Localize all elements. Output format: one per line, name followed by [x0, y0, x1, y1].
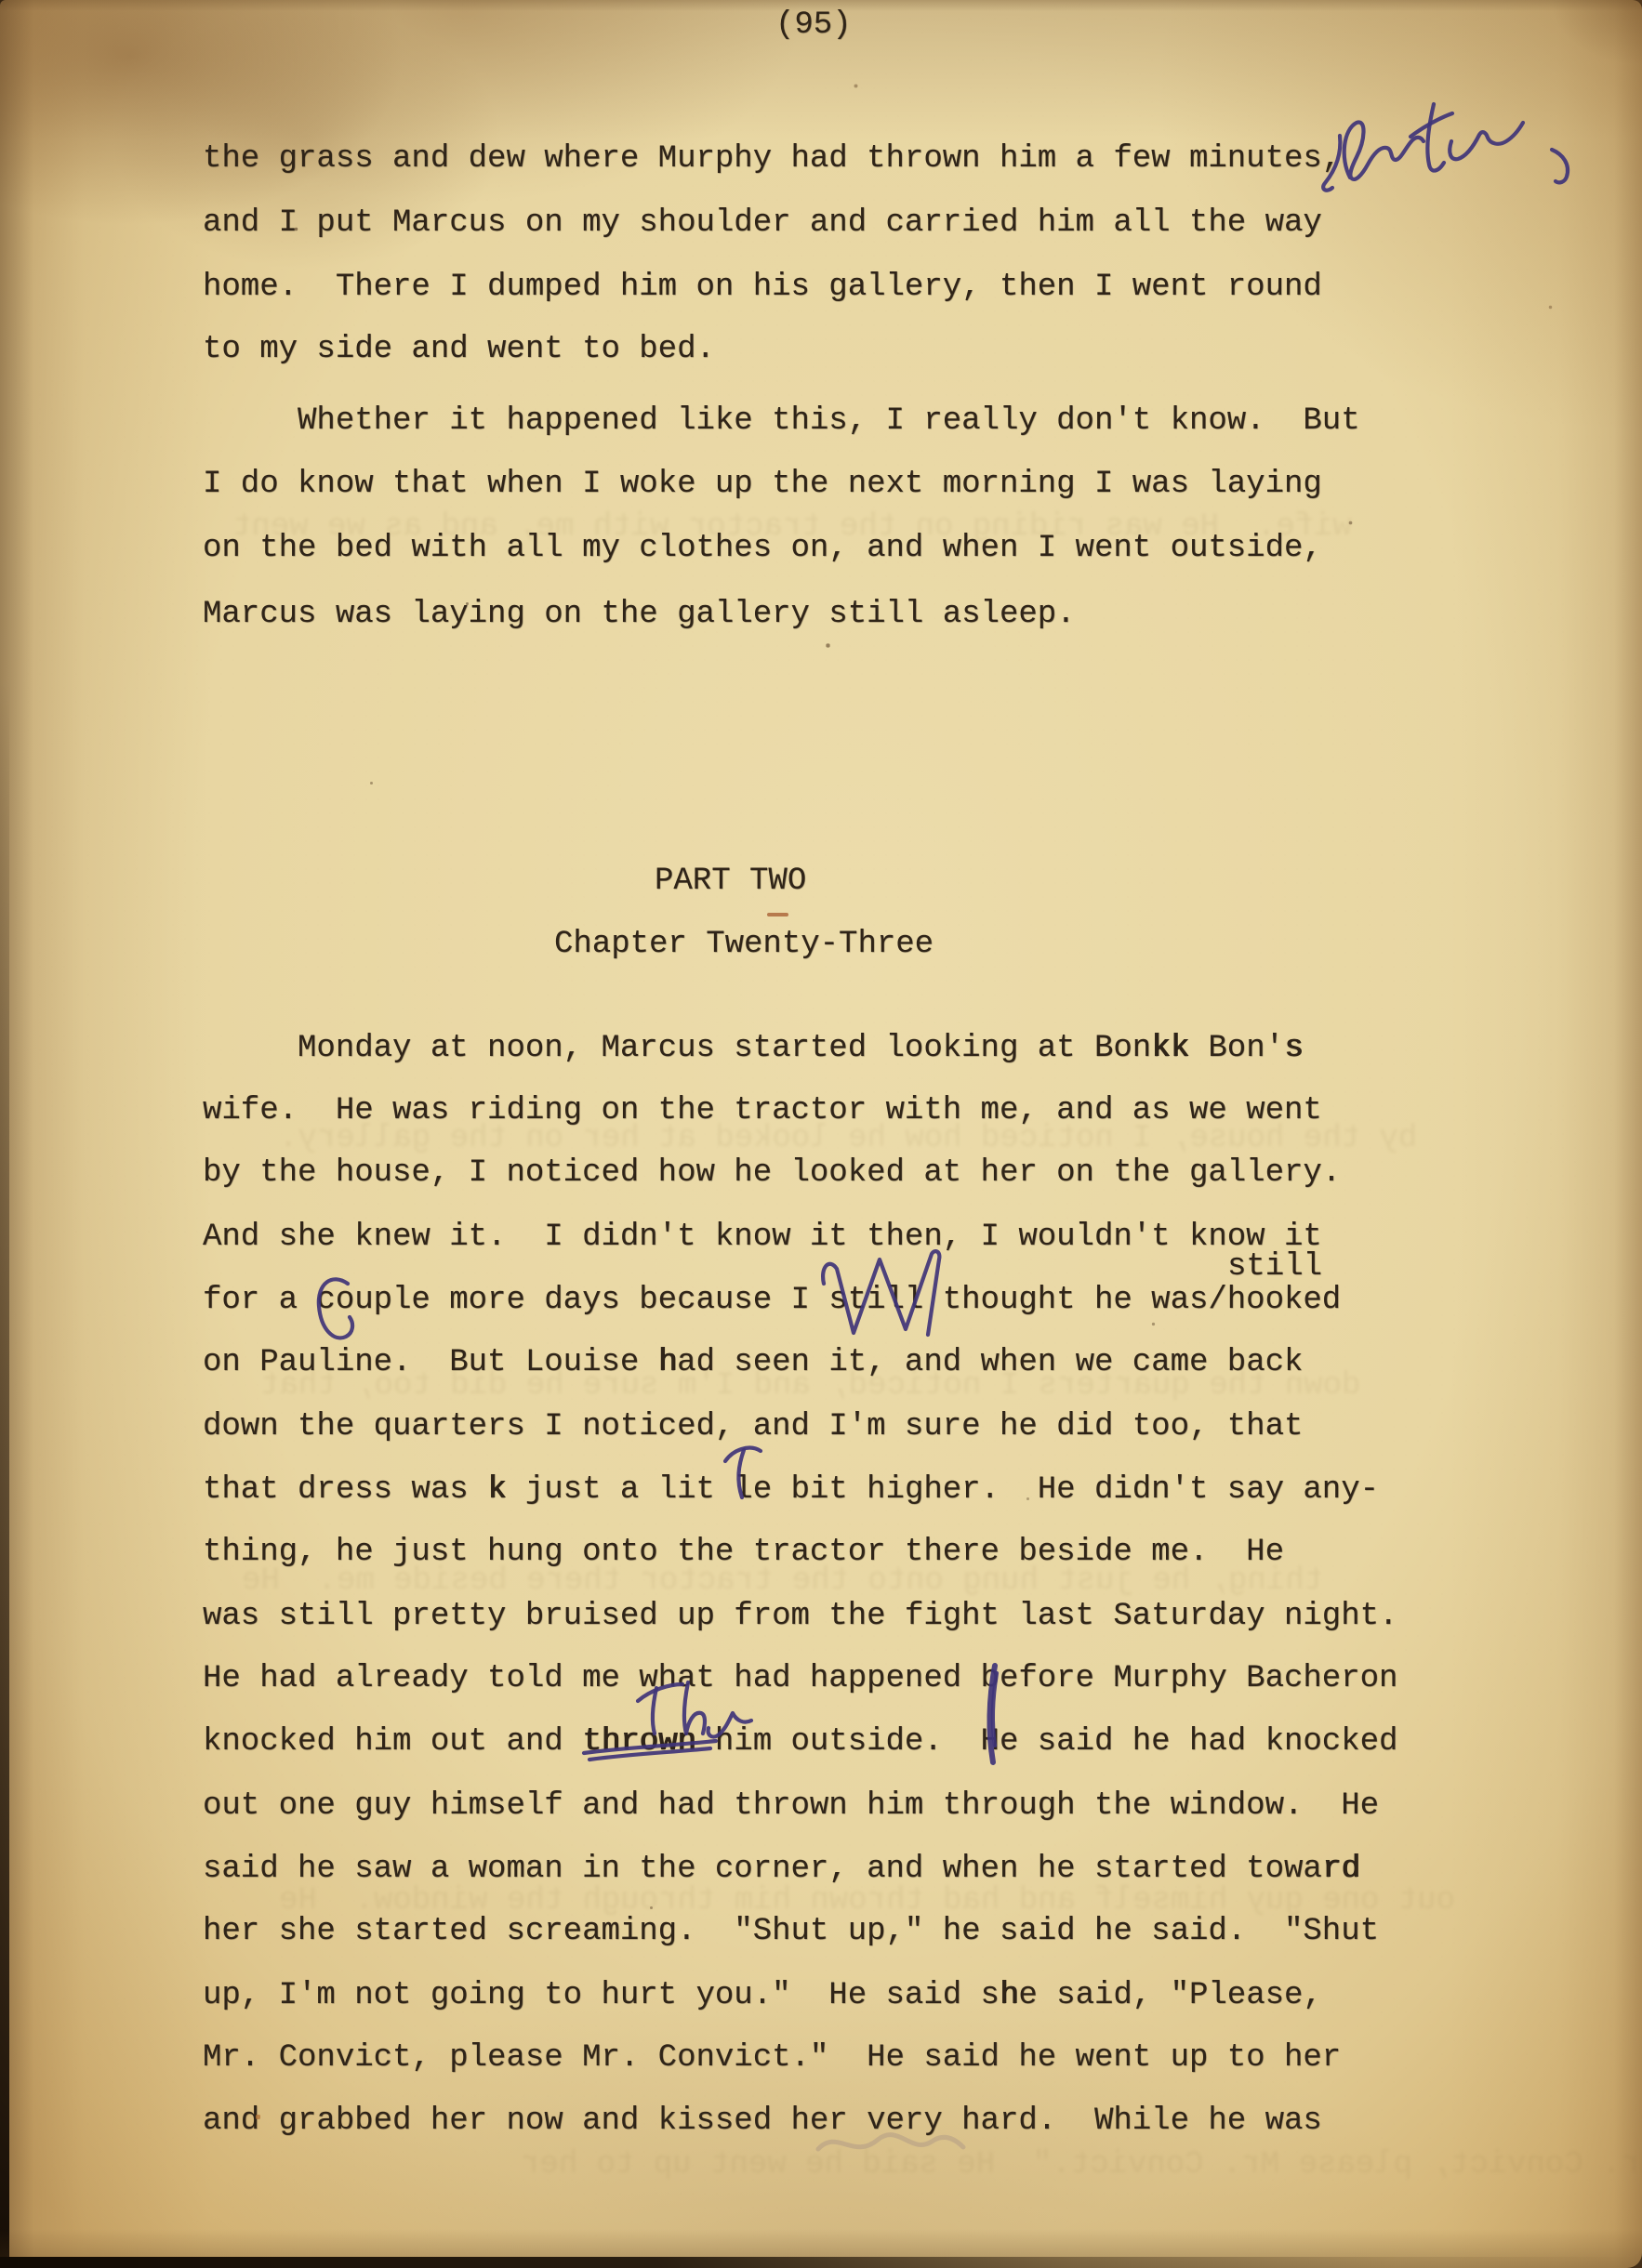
typescript-line: Marcus was laying on the gallery still a…: [203, 596, 1076, 633]
overstruck-characters: kk: [1151, 1031, 1189, 1066]
typescript-text-segment: knocked him out and: [203, 1724, 582, 1760]
overstruck-characters: h: [1000, 1978, 1018, 2013]
typescript-line: knocked him out and thrown him outside. …: [203, 1723, 1397, 1760]
typescript-text-segment: thing, he just hung onto the tractor the…: [203, 1535, 1284, 1570]
typescript-text-segment: And she knew it. I didn't know it then, …: [203, 1220, 1322, 1255]
typescript-line: thing, he just hung onto the tractor the…: [203, 1534, 1284, 1571]
typescript-text-segment: He had already told me what had happened…: [203, 1661, 1397, 1696]
typescript-line: He had already told me what had happened…: [203, 1660, 1397, 1697]
typescript-text-segment: said he saw a woman in the corner, and w…: [203, 1852, 1322, 1887]
typescript-line: wife. He was riding on the tractor with …: [203, 1092, 1322, 1129]
typescript-text-segment: e said, "Please,: [1018, 1978, 1321, 2013]
typescript-text-segment: her she started screaming. "Shut up," he…: [203, 1914, 1379, 1949]
typescript-text-segment: that dress was: [203, 1472, 487, 1508]
typescript-text-segment: was still pretty bruised up from the fig…: [203, 1599, 1397, 1634]
typescript-line: Whether it happened like this, I really …: [203, 402, 1360, 440]
typescript-text-segment: ad seen it, and when we came back: [677, 1345, 1303, 1380]
scanned-manuscript-page: wife. He was riding on the tractor with …: [0, 0, 1642, 2268]
typescript-line: And she knew it. I didn't know it then, …: [203, 1219, 1322, 1256]
typescript-line: I do know that when I woke up the next m…: [203, 466, 1322, 503]
overstruck-characters: k: [487, 1472, 506, 1508]
bleed-through-ghost: Mr. Convict, please Mr. Convict." He sai…: [521, 2146, 1642, 2183]
typescript-line: her she started screaming. "Shut up," he…: [203, 1913, 1379, 1950]
bottom-edge-dark-strip: [0, 2257, 1642, 2268]
typescript-text-segment: Whether it happened like this, I really …: [203, 403, 1360, 439]
typescript-text-segment: Mr. Convict, please Mr. Convict." He sai…: [203, 2040, 1341, 2076]
typescript-line: was still pretty bruised up from the fig…: [203, 1598, 1397, 1635]
overstruck-characters: s: [1284, 1031, 1303, 1066]
typescript-text-segment: the grass and dew where Murphy had throw…: [203, 141, 1341, 177]
typescript-line: said he saw a woman in the corner, and w…: [203, 1851, 1360, 1888]
typescript-text-segment: Monday at noon, Marcus started looking a…: [203, 1031, 1151, 1066]
typescript-text-segment: and grabbed her now and kissed her very …: [203, 2103, 1322, 2139]
typescript-line: to my side and went to bed.: [203, 331, 715, 368]
typescript-line: up, I'm not going to hurt you." He said …: [203, 1977, 1322, 2014]
typescript-text-segment: out one guy himself and had thrown him t…: [203, 1788, 1379, 1824]
typescript-text-segment: him outside. He said he had knocked: [696, 1724, 1398, 1760]
right-edge-shading: [1614, 0, 1642, 2268]
handwritten-word-insertion-crossbar: [1410, 113, 1452, 137]
typescript-text-segment: Marcus was laying on the gallery still a…: [203, 597, 1076, 632]
typescript-text-segment: by the house, I noticed how he looked at…: [203, 1155, 1341, 1191]
overstruck-characters: rd: [1322, 1852, 1360, 1887]
typescript-text-segment: to my side and went to bed.: [203, 332, 715, 367]
typescript-text-segment: I do know that when I woke up the next m…: [203, 467, 1322, 502]
typescript-text-segment: wife. He was riding on the tractor with …: [203, 1093, 1322, 1128]
typescript-text-segment: up, I'm not going to hurt you." He said …: [203, 1978, 1000, 2013]
chapter-heading: Chapter Twenty-Three: [554, 926, 934, 963]
typescript-text-segment: down the quarters I noticed, and I'm sur…: [203, 1409, 1303, 1444]
typescript-text-segment: Bon': [1189, 1031, 1284, 1066]
top-edge-shading: [0, 0, 1642, 11]
typescript-text-segment: just a lit le bit higher. He didn't say …: [506, 1472, 1379, 1508]
typescript-line: out one guy himself and had thrown him t…: [203, 1787, 1379, 1825]
overstruck-characters: thrown: [582, 1724, 695, 1760]
red-underline-heading-w: [767, 913, 788, 916]
typescript-line: down the quarters I noticed, and I'm sur…: [203, 1408, 1303, 1445]
paper: wife. He was riding on the tractor with …: [0, 0, 1642, 2268]
typescript-line: on the bed with all my clothes on, and w…: [203, 530, 1322, 567]
typescript-line: by the house, I noticed how he looked at…: [203, 1154, 1341, 1192]
typescript-line: home. There I dumped him on his gallery,…: [203, 269, 1322, 306]
typescript-line: the grass and dew where Murphy had throw…: [203, 140, 1341, 178]
typescript-text-segment: and I put Marcus on my shoulder and carr…: [203, 205, 1322, 241]
page-number: (95): [775, 7, 852, 44]
typescript-text-segment: on the bed with all my clothes on, and w…: [203, 531, 1322, 566]
typescript-line: on Pauline. But Louise had seen it, and …: [203, 1344, 1303, 1381]
typescript-text-segment: on Pauline. But Louise: [203, 1345, 658, 1380]
left-edge-dark-strip: [0, 0, 9, 2268]
typescript-line: Mr. Convict, please Mr. Convict." He sai…: [203, 2039, 1341, 2077]
typescript-line: for a couple more days because I still t…: [203, 1282, 1341, 1319]
handwritten-word-insertion-tail: [1450, 123, 1523, 159]
handwritten-t-insertion-arm: [725, 1448, 761, 1461]
handwritten-word-insertion-ascender: [1427, 104, 1444, 171]
typescript-line: and grabbed her now and kissed her very …: [203, 2103, 1322, 2140]
part-heading: PART TWO: [655, 863, 806, 900]
handwritten-comma: [1552, 150, 1568, 182]
handwritten-word-insertion: [1344, 123, 1424, 179]
interline-insertion-still: still: [1227, 1248, 1322, 1286]
typescript-line: that dress was k just a lit le bit highe…: [203, 1471, 1379, 1509]
typescript-line: and I put Marcus on my shoulder and carr…: [203, 204, 1322, 242]
typescript-line: Monday at noon, Marcus started looking a…: [203, 1030, 1303, 1067]
typescript-text-segment: for a couple more days because I still t…: [203, 1283, 1341, 1318]
typescript-text-segment: home. There I dumped him on his gallery,…: [203, 270, 1322, 305]
overstruck-characters: h: [658, 1345, 677, 1380]
typescript-text-segment: still: [1227, 1249, 1322, 1285]
